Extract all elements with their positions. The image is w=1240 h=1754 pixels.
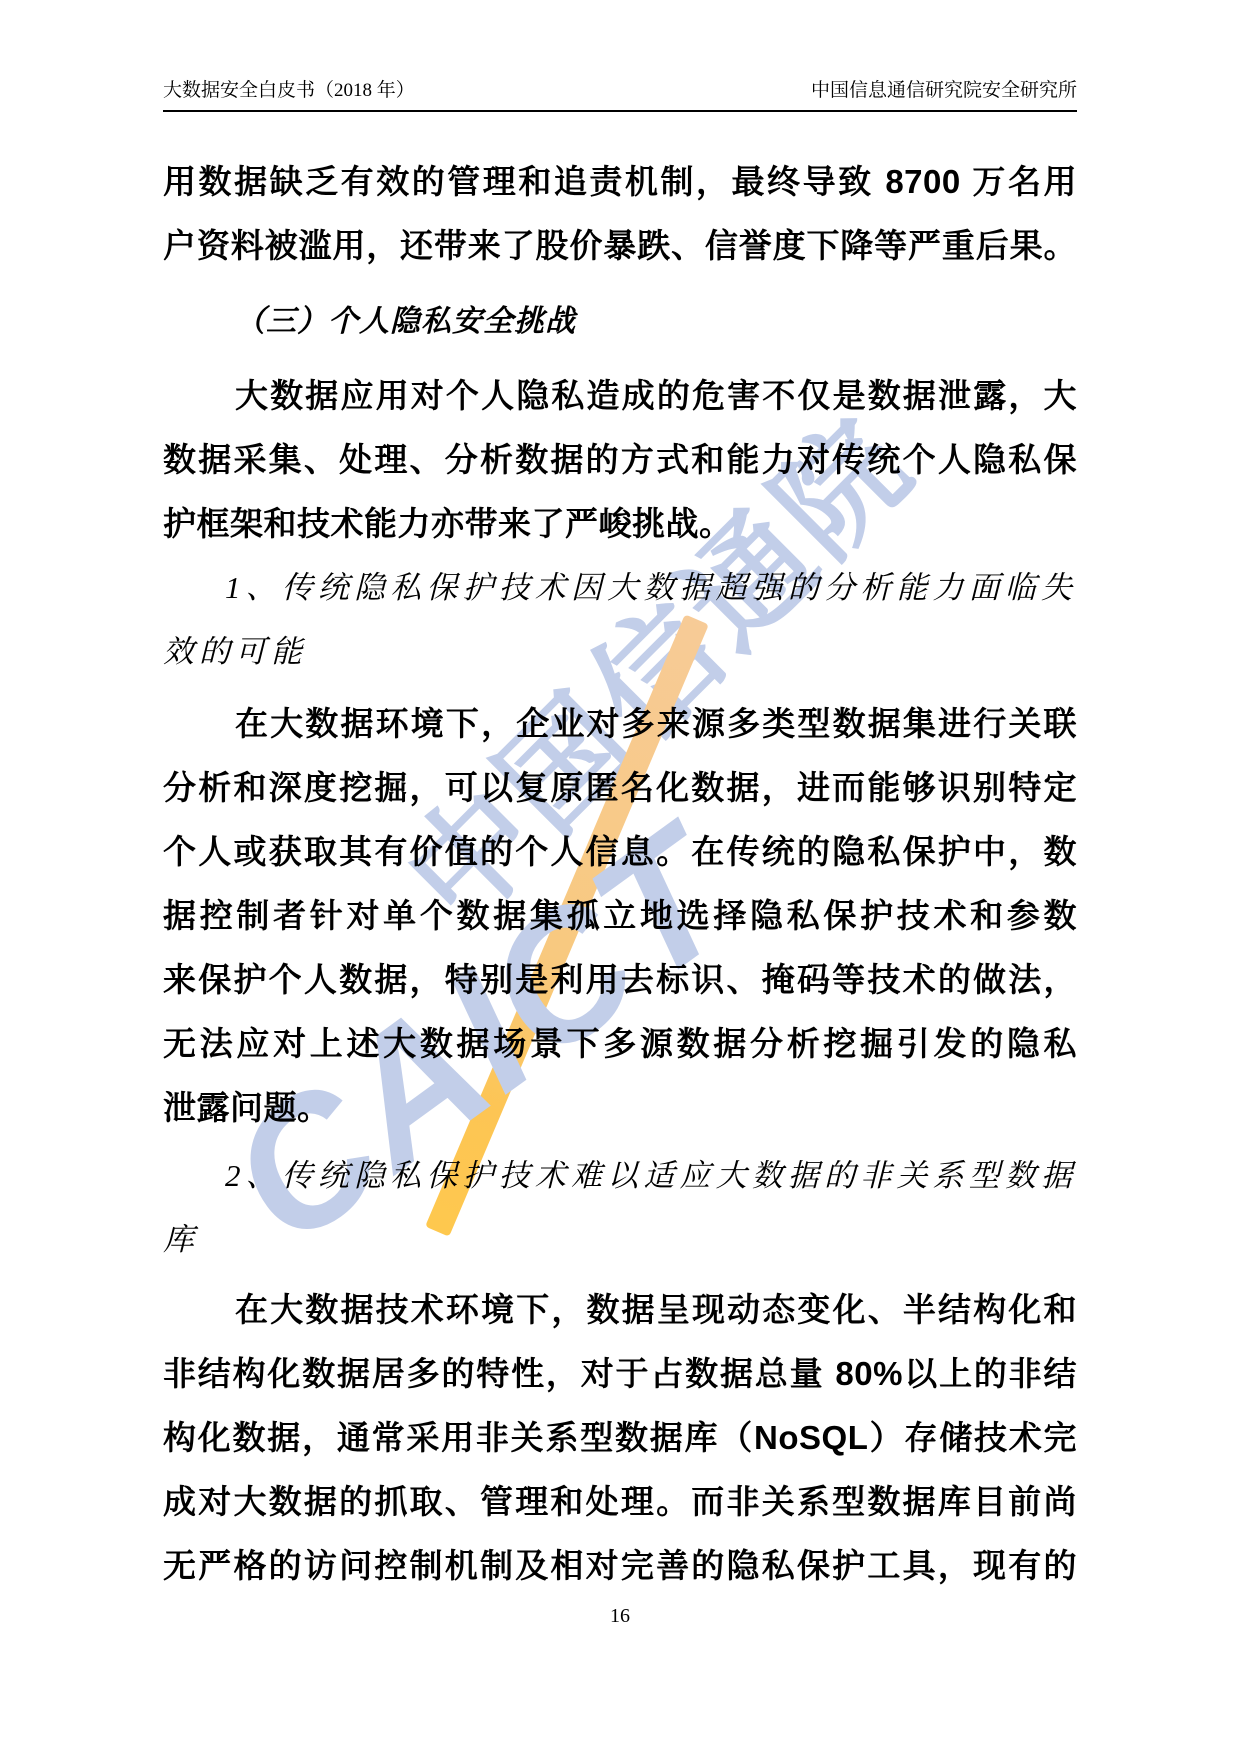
sub-heading-2: 2、传统隐私保护技术难以适应大数据的非关系型数据库 — [163, 1144, 1077, 1272]
text-line: 2、传统隐私保护技术难以适应大数据的非关系型数据 — [163, 1144, 1077, 1208]
page-body: 用数据缺乏有效的管理和追责机制，最终导致 8700 万名用户资料被滥用，还带来了… — [163, 150, 1077, 1598]
text-line: 构化数据，通常采用非关系型数据库（NoSQL）存储技术完 — [163, 1406, 1077, 1470]
header-left-title: 大数据安全白皮书（2018 年） — [163, 76, 415, 106]
page-number: 16 — [610, 1605, 630, 1627]
paragraph-continuation: 用数据缺乏有效的管理和追责机制，最终导致 8700 万名用户资料被滥用，还带来了… — [163, 150, 1077, 278]
text-line: 来保护个人数据，特别是利用去标识、掩码等技术的做法， — [163, 948, 1077, 1012]
section-heading: （三）个人隐私安全挑战 — [163, 290, 1077, 354]
text-line: 无法应对上述大数据场景下多源数据分析挖掘引发的隐私 — [163, 1012, 1077, 1076]
text-line: 大数据应用对个人隐私造成的危害不仅是数据泄露，大 — [163, 364, 1077, 428]
paragraph: 大数据应用对个人隐私造成的危害不仅是数据泄露，大数据采集、处理、分析数据的方式和… — [163, 364, 1077, 556]
text-line: 无严格的访问控制机制及相对完善的隐私保护工具，现有的 — [163, 1534, 1077, 1598]
paragraph: 在大数据技术环境下，数据呈现动态变化、半结构化和非结构化数据居多的特性，对于占数… — [163, 1278, 1077, 1598]
text-line: 用数据缺乏有效的管理和追责机制，最终导致 8700 万名用 — [163, 150, 1077, 214]
header-right-title: 中国信息通信研究院安全研究所 — [811, 76, 1077, 106]
page-footer: 16 — [0, 1596, 1240, 1636]
text-line: 据控制者针对单个数据集孤立地选择隐私保护技术和参数 — [163, 884, 1077, 948]
text-line: 护框架和技术能力亦带来了严峻挑战。 — [163, 492, 1077, 556]
text-line: 分析和深度挖掘，可以复原匿名化数据，进而能够识别特定 — [163, 756, 1077, 820]
text-line: 个人或获取其有价值的个人信息。在传统的隐私保护中，数 — [163, 820, 1077, 884]
text-line: 成对大数据的抓取、管理和处理。而非关系型数据库目前尚 — [163, 1470, 1077, 1534]
text-line: 泄露问题。 — [163, 1076, 1077, 1140]
text-line: 户资料被滥用，还带来了股价暴跌、信誉度下降等严重后果。 — [163, 214, 1077, 278]
document-page: 中国信通院 CAICT 大数据安全白皮书（2018 年） 中国信息通信研究院安全… — [0, 0, 1240, 1754]
paragraph: 在大数据环境下，企业对多来源多类型数据集进行关联分析和深度挖掘，可以复原匿名化数… — [163, 692, 1077, 1140]
text-line: 在大数据环境下，企业对多来源多类型数据集进行关联 — [163, 692, 1077, 756]
text-line: 数据采集、处理、分析数据的方式和能力对传统个人隐私保 — [163, 428, 1077, 492]
page-header: 大数据安全白皮书（2018 年） 中国信息通信研究院安全研究所 — [163, 76, 1077, 112]
text-line: 在大数据技术环境下，数据呈现动态变化、半结构化和 — [163, 1278, 1077, 1342]
text-line: （三）个人隐私安全挑战 — [163, 290, 1077, 354]
text-line: 1、传统隐私保护技术因大数据超强的分析能力面临失 — [163, 556, 1077, 620]
text-line: 效的可能 — [163, 620, 1077, 684]
text-line: 库 — [163, 1208, 1077, 1272]
sub-heading-1: 1、传统隐私保护技术因大数据超强的分析能力面临失效的可能 — [163, 556, 1077, 684]
text-line: 非结构化数据居多的特性，对于占数据总量 80%以上的非结 — [163, 1342, 1077, 1406]
